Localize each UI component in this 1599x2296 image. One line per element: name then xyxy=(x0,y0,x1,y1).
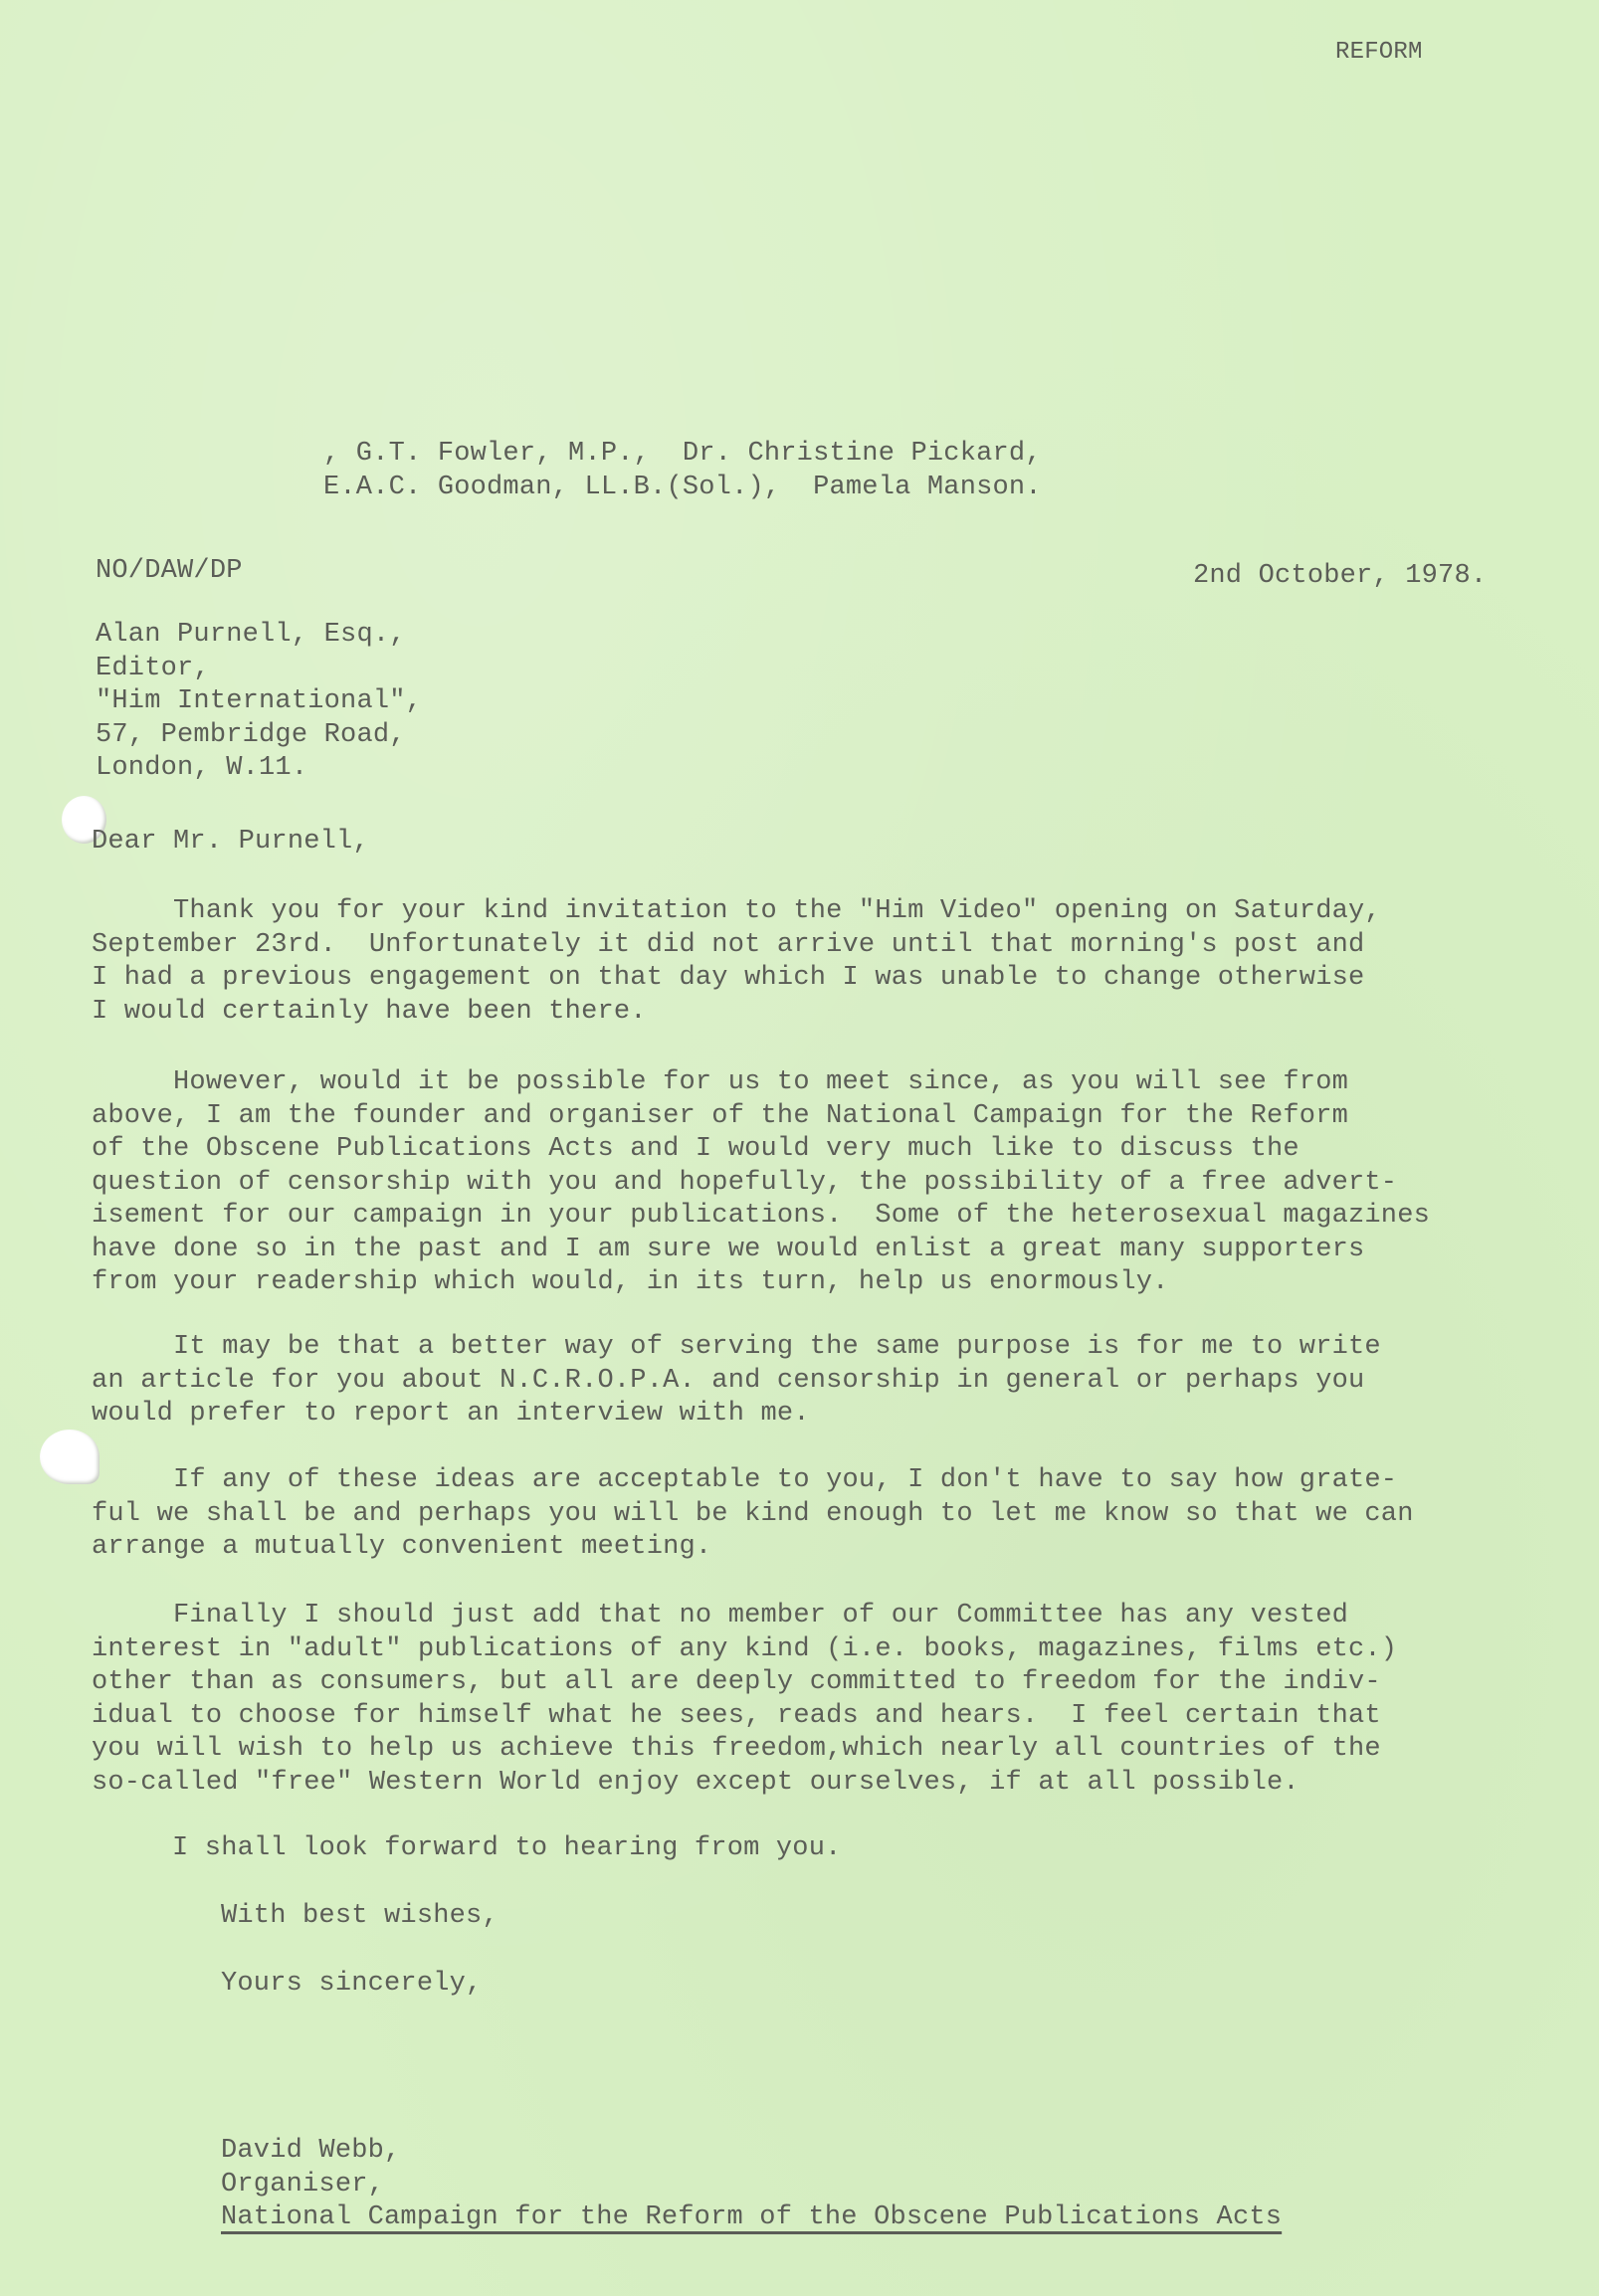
punch-hole xyxy=(40,1430,100,1484)
signatory-title: Organiser, xyxy=(221,2170,384,2200)
body-paragraph: However, would it be possible for us to … xyxy=(92,1066,1430,1300)
letter-date: 2nd October, 1978. xyxy=(1193,560,1487,594)
corner-tag: REFORM xyxy=(1335,36,1423,70)
reference-code: NO/DAW/DP xyxy=(96,555,243,589)
sign-off: Yours sincerely, xyxy=(221,1968,482,2002)
committee-members: , G.T. Fowler, M.P., Dr. Christine Picka… xyxy=(323,438,1042,504)
body-paragraph: If any of these ideas are acceptable to … xyxy=(92,1464,1414,1565)
signature-block: David Webb, Organiser, National Campaign… xyxy=(221,2135,1282,2235)
organisation-name: National Campaign for the Reform of the … xyxy=(221,2202,1282,2232)
closing-line: I shall look forward to hearing from you… xyxy=(172,1832,842,1866)
body-paragraph: Thank you for your kind invitation to th… xyxy=(92,895,1381,1029)
body-paragraph: It may be that a better way of serving t… xyxy=(92,1331,1381,1432)
salutation: Dear Mr. Purnell, xyxy=(92,826,369,860)
recipient-address: Alan Purnell, Esq., Editor, "Him Interna… xyxy=(96,619,422,786)
best-wishes: With best wishes, xyxy=(221,1900,499,1934)
body-paragraph: Finally I should just add that no member… xyxy=(92,1600,1397,1800)
signatory-name: David Webb, xyxy=(221,2136,400,2166)
